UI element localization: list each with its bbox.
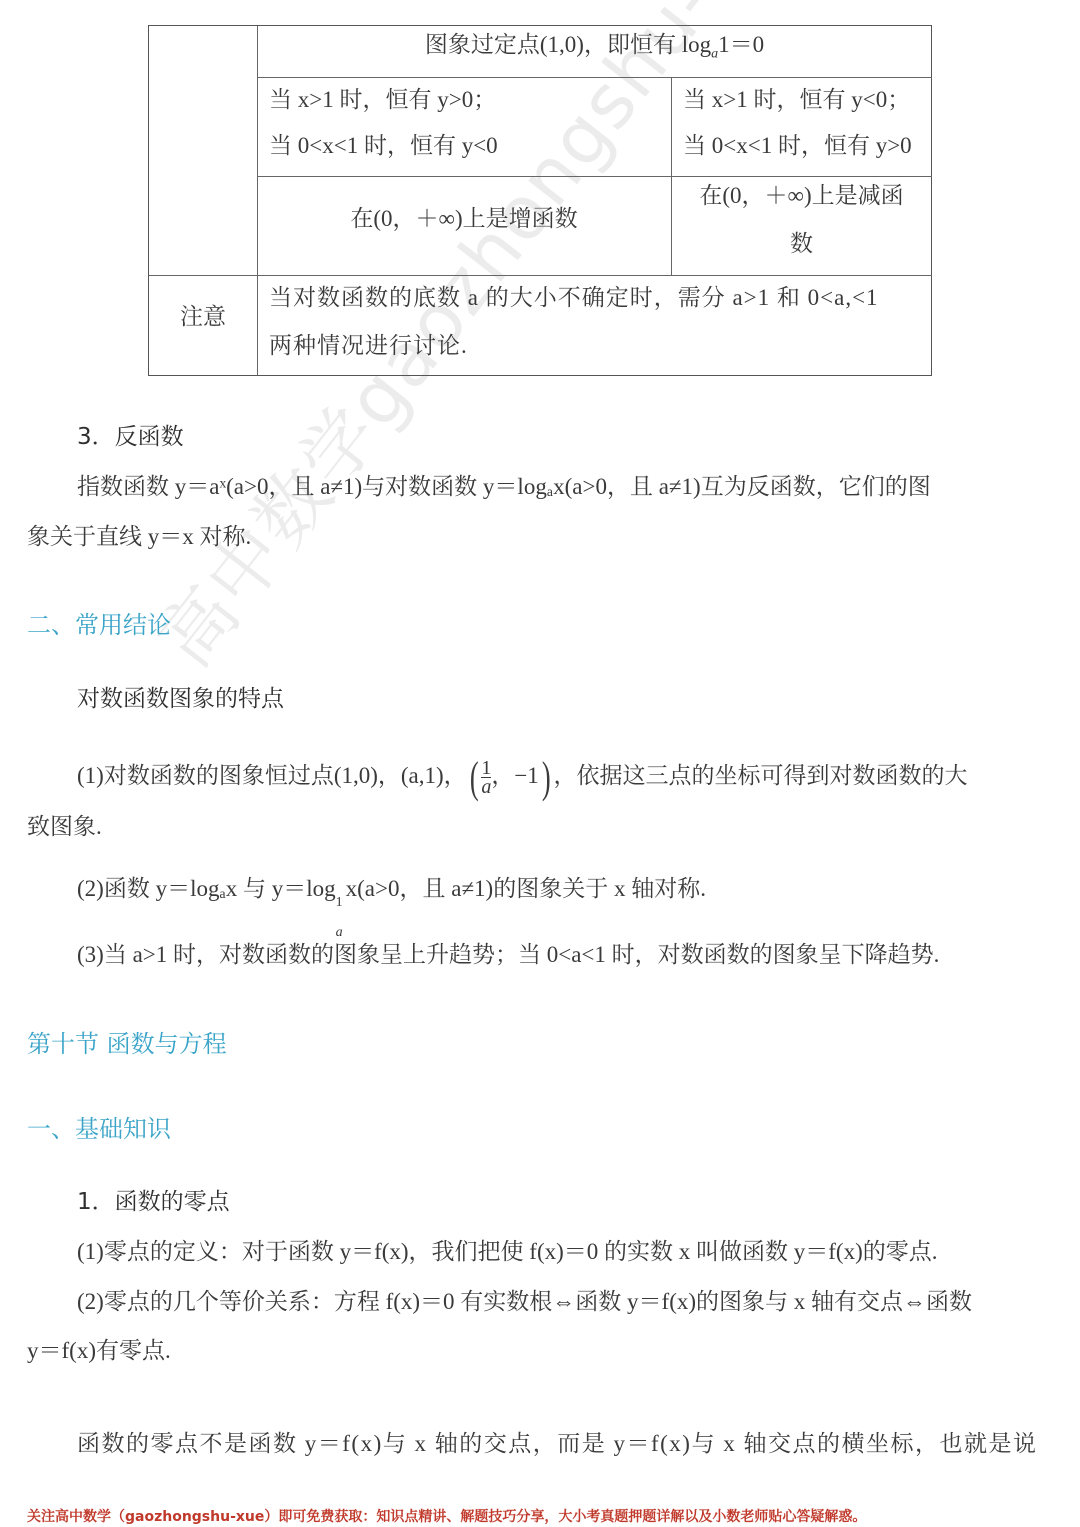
paragraph-inverse-function: 指数函数 y＝aˣ(a>0，且 a≠1)与对数函数 y＝logₐx(a>0，且 … — [77, 472, 931, 502]
heading-basic-knowledge: 一、基础知识 — [27, 1114, 171, 1144]
paragraph-inverse-function-cont: 象关于直线 y＝x 对称. — [27, 522, 251, 552]
conclusion-item-1: (1)对数函数的图象恒过点(1,0)，(a,1)，(1a，−1)，依据这三点的坐… — [77, 744, 967, 808]
table-note-text: 当对数函数的底数 a 的大小不确定时，需分 a>1 和 0<a,<1 两种情况进… — [269, 278, 879, 374]
zero-equivalence: (2)零点的几个等价关系：方程 f(x)＝0 有实数根⇔函数 y＝f(x)的图象… — [77, 1287, 972, 1317]
footer-promo: 关注高中数学（gaozhongshu-xue）即可免费获取：知识点精讲、解题技巧… — [27, 1506, 866, 1526]
table-monotonic-decreasing-cell: 在(0，＋∞)上是减函 数 — [671, 178, 932, 274]
subheading-log-graph-features: 对数函数图象的特点 — [77, 684, 284, 714]
table-divider — [257, 26, 258, 375]
log-function-properties-table: 图象过定点(1,0)，即恒有 loga1＝0 当 x>1 时，恒有 y>0； 当… — [148, 25, 932, 376]
table-divider — [149, 275, 932, 276]
zero-note: 函数的零点不是函数 y＝f(x)与 x 轴的交点，而是 y＝f(x)与 x 轴交… — [77, 1429, 1037, 1459]
table-note-label: 注意 — [149, 302, 257, 332]
table-fixed-point-cell: 图象过定点(1,0)，即恒有 loga1＝0 — [257, 30, 932, 70]
table-divider — [257, 176, 932, 177]
table-sign-cell-decreasing: 当 x>1 时，恒有 y<0； 当 0<x<1 时，恒有 y>0 — [683, 80, 912, 172]
conclusion-item-1-cont: 致图象. — [27, 812, 102, 842]
table-monotonic-increasing-cell: 在(0，＋∞)上是增函数 — [257, 204, 671, 234]
heading-common-conclusions: 二、常用结论 — [27, 610, 171, 640]
table-divider — [257, 77, 932, 78]
topic-function-zeros: 1．函数的零点 — [77, 1187, 230, 1217]
section-title-inverse-function: 3．反函数 — [77, 422, 184, 452]
table-sign-cell-increasing: 当 x>1 时，恒有 y>0； 当 0<x<1 时，恒有 y<0 — [269, 80, 498, 172]
conclusion-item-2: (2)函数 y＝logₐx 与 y＝log1ax(a>0，且 a≠1)的图象关于… — [77, 874, 706, 904]
heading-section-10: 第十节 函数与方程 — [27, 1029, 227, 1059]
zero-equivalence-cont: y＝f(x)有零点. — [27, 1336, 171, 1366]
zero-definition: (1)零点的定义：对于函数 y＝f(x)，我们把使 f(x)＝0 的实数 x 叫… — [77, 1237, 938, 1267]
conclusion-item-3: (3)当 a>1 时，对数函数的图象呈上升趋势；当 0<a<1 时，对数函数的图… — [77, 940, 939, 970]
